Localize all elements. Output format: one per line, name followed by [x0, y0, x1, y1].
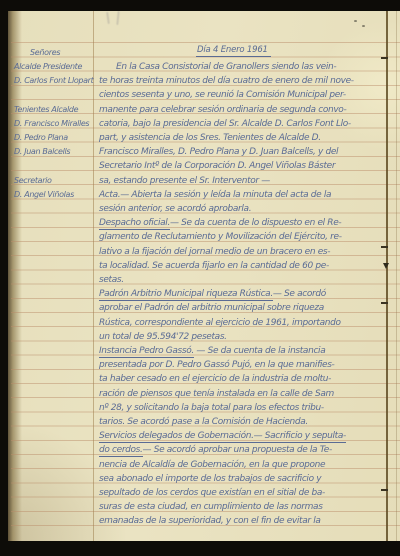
underlined-heading: do cerdos.: [99, 445, 143, 457]
handwritten-text: ta haber cesado en el ejercicio de la in…: [99, 374, 331, 384]
scan-border-bottom: [0, 541, 400, 556]
handwritten-text: part, y asistencia de los Sres. Teniente…: [99, 133, 321, 143]
handwritten-text: En la Casa Consistorial de Granollers si…: [116, 62, 336, 72]
handwritten-text: sea abonado el importe de los trabajos d…: [99, 474, 321, 484]
scanned-minutes-page: Día 4 Enero 1961 Señores Alcalde Preside…: [0, 0, 400, 556]
body-line: Secretario Intº de la Corporación D. Ang…: [99, 161, 386, 171]
body-line: Francisco Miralles, D. Pedro Plana y D. …: [99, 147, 386, 157]
body-line: te horas treinta minutos del día cuatro …: [99, 76, 386, 86]
ink-speck: [362, 25, 365, 27]
body-line: Padrón Arbitrio Municipal riqueza Rústic…: [99, 289, 386, 301]
body-line: presentada por D. Pedro Gassó Pujó, en l…: [99, 360, 386, 370]
handwritten-text: ración de piensos que tenía instalada en…: [99, 389, 334, 399]
handwritten-text: presentada por D. Pedro Gassó Pujó, en l…: [99, 360, 334, 370]
body-line: do cerdos.— Se acordó aprobar una propue…: [99, 445, 386, 457]
body-line: sa, estando presente el Sr. Interventor …: [99, 176, 386, 186]
margin-divider-line: [93, 11, 94, 541]
body-line: un total de 95.594'72 pesetas.: [99, 332, 386, 342]
body-line: aprobar el Padrón del arbitrio municipal…: [99, 303, 386, 313]
handwritten-text: — Se da cuenta de la instancia: [194, 346, 325, 356]
handwritten-text: tarios. Se acordó pase a la Comisión de …: [99, 417, 308, 427]
body-line: lativo a la fijación del jornal medio de…: [99, 247, 386, 257]
body-line: Acta.— Abierta la sesión y leída la minu…: [99, 190, 386, 200]
underlined-heading: Despacho oficial.: [99, 218, 170, 230]
margin-roster-entry: D. Pedro Plana: [14, 133, 68, 142]
handwritten-text: setas.: [99, 275, 124, 285]
body-line: Rústica, correspondiente al ejercicio de…: [99, 318, 386, 328]
underlined-heading: Padrón Arbitrio Municipal riqueza Rústic…: [99, 289, 273, 301]
body-line: suras de esta ciudad, en cumplimiento de…: [99, 502, 386, 512]
scan-border-left: [0, 0, 8, 556]
body-line: emanadas de la superioridad, y con el fi…: [99, 516, 386, 526]
handwritten-text: nencia de Alcaldía de Gobernación, en la…: [99, 460, 325, 470]
handwritten-text: Acta.— Abierta la sesión y leída la minu…: [99, 190, 331, 200]
body-line: ta haber cesado en el ejercicio de la in…: [99, 374, 386, 384]
margin-roster-entry: D. Angel Viñolas: [14, 190, 74, 199]
body-line: sea abonado el importe de los trabajos d…: [99, 474, 386, 484]
margin-header: Señores: [30, 48, 60, 57]
body-line: setas.: [99, 275, 386, 285]
body-line: part, y asistencia de los Sres. Teniente…: [99, 133, 386, 143]
handwritten-text: lativo a la fijación del jornal medio de…: [99, 247, 330, 257]
body-line: glamento de Reclutamiento y Movilización…: [99, 232, 386, 242]
session-date-title: Día 4 Enero 1961: [196, 45, 271, 57]
body-line: manente para celebrar sesión ordinaria d…: [99, 105, 386, 115]
body-line: En la Casa Consistorial de Granollers si…: [99, 62, 400, 72]
margin-pen-tick: [381, 57, 388, 59]
handwritten-text: Secretario Intº de la Corporación D. Ang…: [99, 161, 335, 171]
body-line: Despacho oficial.— Se da cuenta de lo di…: [99, 218, 386, 230]
margin-roster-entry: D. Francisco Miralles: [14, 119, 89, 128]
handwritten-text: glamento de Reclutamiento y Movilización…: [99, 232, 342, 242]
underlined-heading: Instancia Pedro Gassó.: [99, 346, 194, 358]
underlined-heading: Servicios delegados de Gobernación.— Sac…: [99, 431, 346, 443]
handwritten-text: emanadas de la superioridad, y con el fi…: [99, 516, 321, 526]
body-line: tarios. Se acordó pase a la Comisión de …: [99, 417, 386, 427]
handwritten-text: Rústica, correspondiente al ejercicio de…: [99, 318, 341, 328]
page-edge-line: [396, 11, 397, 541]
body-line: cientos sesenta y uno, se reunió la Comi…: [99, 90, 386, 100]
body-line: ración de piensos que tenía instalada en…: [99, 389, 386, 399]
handwritten-text: un total de 95.594'72 pesetas.: [99, 332, 227, 342]
handwritten-text: sepultado de los cerdos que existían en …: [99, 488, 325, 498]
margin-roster-entry: Secretario: [14, 176, 52, 185]
margin-roster-entry: D. Carlos Font Llopart: [14, 76, 93, 85]
right-margin-line: [386, 11, 388, 541]
handwritten-text: — Se acordó aprobar una propuesta de la …: [143, 445, 332, 455]
handwritten-text: sesión anterior, se acordó aprobarla.: [99, 204, 251, 214]
body-line: sepultado de los cerdos que existían en …: [99, 488, 386, 498]
handwritten-text: — Se da cuenta de lo dispuesto en el Re-: [170, 218, 341, 228]
handwritten-text: ta localidad. Se acuerda fijarlo en la c…: [99, 261, 329, 271]
body-line: Instancia Pedro Gassó. — Se da cuenta de…: [99, 346, 386, 358]
handwritten-text: manente para celebrar sesión ordinaria d…: [99, 105, 346, 115]
handwritten-text: sa, estando presente el Sr. Interventor …: [99, 176, 270, 186]
margin-roster-entry: D. Juan Balcells: [14, 147, 70, 156]
margin-roster-entry: Alcalde Presidente: [14, 62, 82, 71]
handwritten-text: aprobar el Padrón del arbitrio municipal…: [99, 303, 324, 313]
handwritten-text: suras de esta ciudad, en cumplimiento de…: [99, 502, 323, 512]
handwritten-text: Francisco Miralles, D. Pedro Plana y D. …: [99, 147, 338, 157]
handwritten-text: te horas treinta minutos del día cuatro …: [99, 76, 354, 86]
handwritten-text: catoria, bajo la presidencia del Sr. Alc…: [99, 119, 351, 129]
scan-border-top: [0, 0, 400, 11]
handwritten-text: nº 28, y solicitando la baja total para …: [99, 403, 324, 413]
body-line: nencia de Alcaldía de Gobernación, en la…: [99, 460, 386, 470]
body-line: Servicios delegados de Gobernación.— Sac…: [99, 431, 386, 443]
body-line: sesión anterior, se acordó aprobarla.: [99, 204, 386, 214]
handwritten-text: cientos sesenta y uno, se reunió la Comi…: [99, 90, 346, 100]
body-line: catoria, bajo la presidencia del Sr. Alc…: [99, 119, 386, 129]
faded-stamp-smudge: [101, 9, 141, 29]
body-line: ta localidad. Se acuerda fijarlo en la c…: [99, 261, 386, 271]
handwritten-text: — Se acordó: [273, 289, 326, 299]
ink-speck: [354, 20, 357, 22]
margin-roster-entry: Tenientes Alcalde: [14, 105, 78, 114]
body-line: nº 28, y solicitando la baja total para …: [99, 403, 386, 413]
